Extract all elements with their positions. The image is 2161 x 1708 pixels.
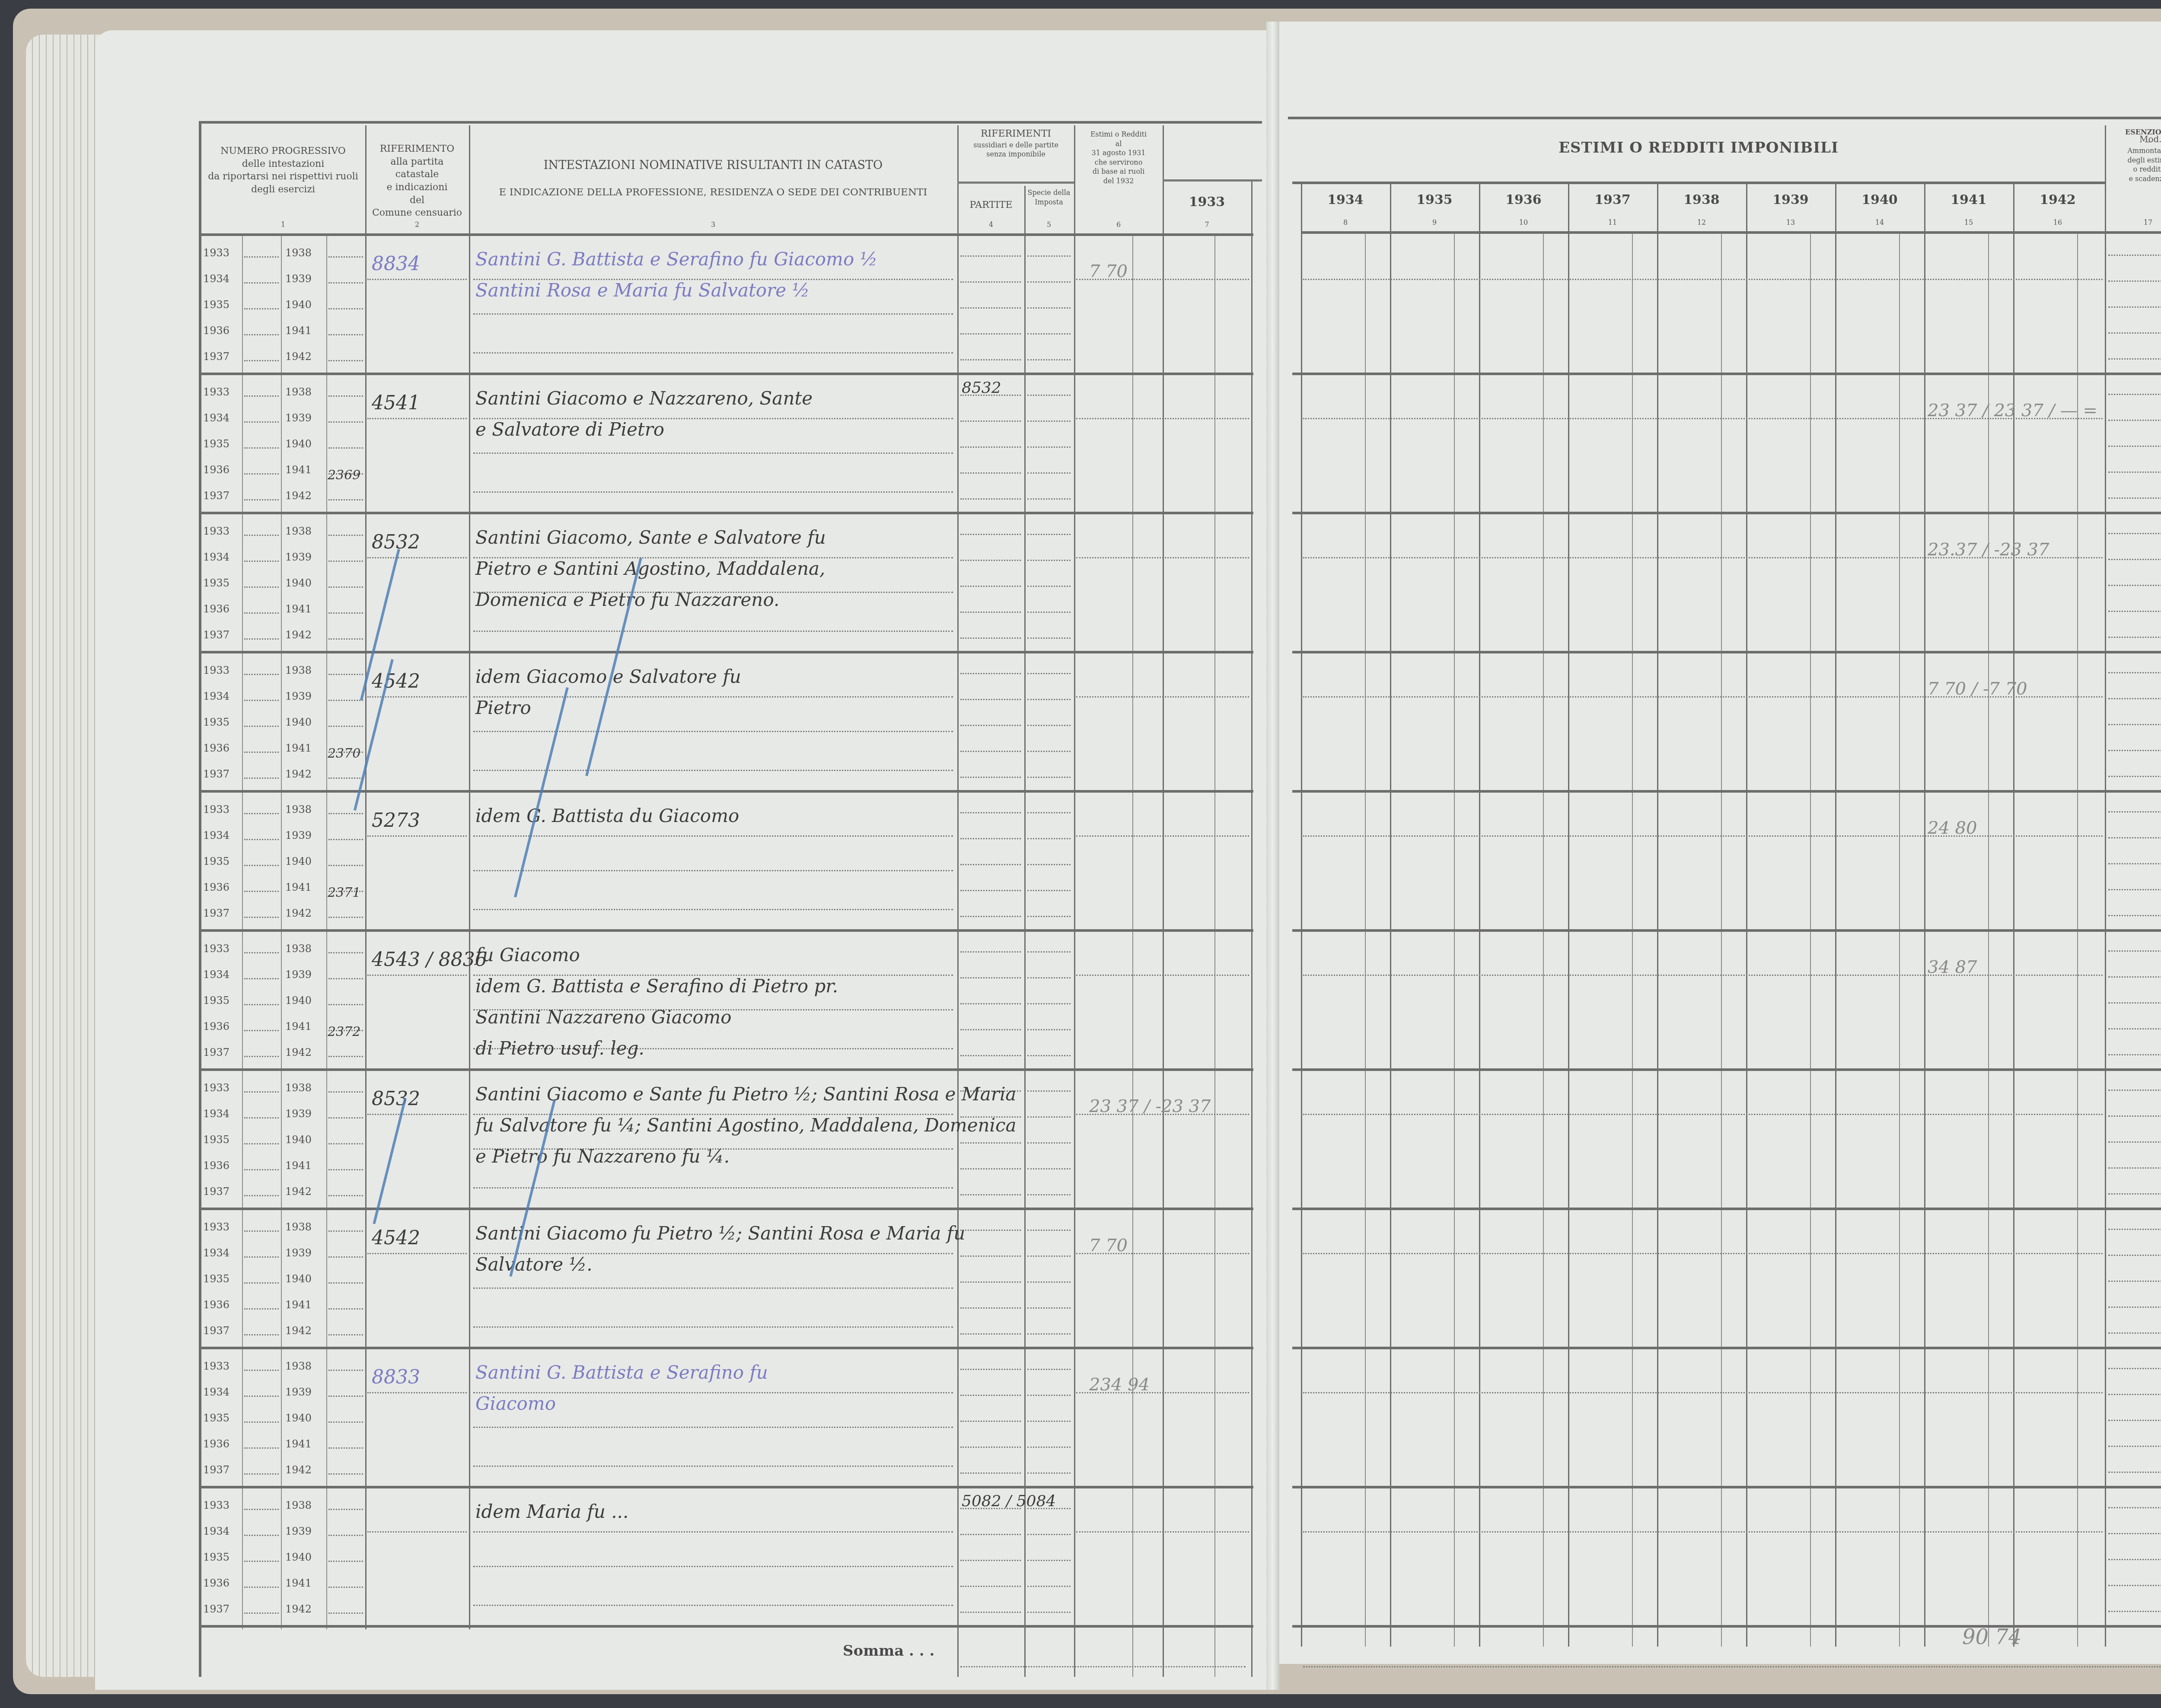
- specie-dotted-rule: [1027, 333, 1071, 335]
- year-header-1941: 1941: [1924, 192, 2013, 207]
- year-dotted-rule: [244, 1117, 279, 1118]
- specie-dotted-rule: [1027, 838, 1071, 839]
- year-dotted-rule: [328, 1561, 363, 1562]
- partite-dotted-rule: [960, 838, 1021, 839]
- year-dotted-rule: [244, 395, 279, 397]
- partite-dotted-rule: [960, 612, 1021, 613]
- row-year-a: 1933: [203, 1360, 229, 1372]
- col5-title: Specie della Imposta: [1025, 188, 1073, 207]
- row-block-border: [1292, 929, 2161, 932]
- year-dotted-rule: [244, 1421, 279, 1423]
- esenzioni-line: e scadenze: [2107, 174, 2161, 184]
- year-dotted-rule: [328, 917, 363, 918]
- row-year-a: 1933: [203, 1082, 229, 1094]
- estimo-dotted-rule: [1076, 696, 1249, 698]
- year-dotted-rule: [244, 360, 279, 361]
- row-year-b: 1942: [285, 1603, 312, 1615]
- year-col-number: 9: [1390, 218, 1479, 226]
- col-divider: [365, 125, 367, 1629]
- year-dotted-rule: [328, 282, 363, 284]
- col-subdivider: [1899, 233, 1900, 1647]
- year-dotted-rule: [328, 1421, 363, 1423]
- year-dotted-rule: [328, 1091, 363, 1093]
- year-dotted-rule: [328, 1256, 363, 1258]
- col-subdivider: [242, 236, 243, 1629]
- partita-number: 8834: [372, 253, 420, 275]
- specie-dotted-rule: [1027, 359, 1071, 360]
- col-subdivider: [1454, 233, 1455, 1647]
- header-subrule: [957, 182, 1074, 184]
- year-header-1940: 1940: [1835, 192, 1924, 207]
- partite-dotted-rule: [960, 1586, 1021, 1587]
- specie-dotted-rule: [1027, 725, 1071, 726]
- year-dotted-rule: [244, 1509, 279, 1510]
- row-year-a: 1936: [203, 325, 229, 337]
- row-year-a: 1935: [203, 994, 229, 1007]
- col7-year: 1933: [1165, 194, 1249, 210]
- partite-dotted-rule: [960, 864, 1021, 865]
- partita-number: 8532: [372, 1088, 420, 1110]
- name-line: Santini Giacomo, Sante e Salvatore fu: [475, 527, 826, 548]
- partita-dotted-rule: [367, 557, 467, 558]
- row-year-a: 1934: [203, 1108, 229, 1120]
- row-year-b: 1942: [285, 1185, 312, 1198]
- col6-title: Estimi o Redditi: [1075, 130, 1162, 139]
- col45-line: senza imponibile: [959, 150, 1073, 159]
- row-year-a: 1933: [203, 1499, 229, 1511]
- row-block-border: [199, 1068, 1253, 1071]
- year-dotted-rule: [328, 1308, 363, 1310]
- partita-number: 4541: [372, 392, 420, 414]
- partite-dotted-rule: [960, 498, 1021, 500]
- col5-number: 5: [1025, 220, 1073, 229]
- partite-dotted-rule: [960, 951, 1021, 953]
- partite-dotted-rule: [960, 1447, 1021, 1448]
- year-dotted-rule: [244, 256, 279, 258]
- col-divider: [1301, 184, 1302, 1647]
- col-subdivider: [1214, 236, 1215, 1677]
- year-dotted-rule: [328, 813, 363, 814]
- row-year-b: 1942: [285, 1046, 312, 1058]
- year-header-1936: 1936: [1479, 192, 1568, 207]
- esenzioni-dotted-rule: [2108, 1229, 2161, 1230]
- specie-dotted-rule: [1027, 699, 1071, 700]
- partite-dotted-rule: [960, 1055, 1021, 1056]
- specie-dotted-rule: [1027, 1194, 1071, 1195]
- name-line: Pietro: [475, 697, 531, 718]
- col1-note: 2371: [328, 885, 360, 900]
- specie-dotted-rule: [1027, 1003, 1071, 1004]
- esenzioni-dotted-rule: [2108, 1368, 2161, 1369]
- row-year-b: 1942: [285, 907, 312, 919]
- year-dotted-rule: [244, 1230, 279, 1232]
- col6-line: del 1932: [1075, 176, 1162, 186]
- year-dotted-rule: [328, 1587, 363, 1588]
- year-dotted-rule: [244, 1396, 279, 1397]
- specie-dotted-rule: [1027, 1029, 1071, 1030]
- year-dotted-rule: [244, 1256, 279, 1258]
- year-dotted-rule: [328, 700, 363, 701]
- partite-dotted-rule: [960, 472, 1021, 474]
- row-year-a: 1936: [203, 1020, 229, 1032]
- row-year-b: 1940: [285, 1134, 312, 1146]
- year-dotted-rule: [244, 535, 279, 536]
- somma-dotted-rule: [1303, 1666, 2161, 1667]
- col2-line: e indicazioni: [367, 181, 467, 194]
- esenzioni-dotted-rule: [2108, 1533, 2161, 1534]
- row-year-a: 1936: [203, 1577, 229, 1589]
- year-dotted-rule: [328, 1282, 363, 1284]
- year-dotted-rule: [328, 1004, 363, 1005]
- year-dotted-rule: [244, 308, 279, 309]
- col1-line: degli esercizi: [203, 183, 363, 196]
- esenzioni-dotted-rule: [2108, 1472, 2161, 1473]
- name-line: di Pietro usuf. leg.: [475, 1038, 644, 1059]
- esenzioni-dotted-rule: [2108, 559, 2161, 560]
- year-dotted-rule: [328, 1447, 363, 1449]
- partita-number: 4542: [372, 1227, 420, 1249]
- partite-dotted-rule: [960, 812, 1021, 813]
- row-year-b: 1940: [285, 1551, 312, 1563]
- specie-dotted-rule: [1027, 812, 1071, 813]
- specie-dotted-rule: [1027, 1447, 1071, 1448]
- partita-dotted-rule: [367, 1114, 467, 1115]
- partite-dotted-rule: [960, 751, 1021, 752]
- year-dotted-rule: [244, 1195, 279, 1196]
- partite-dotted-rule: [960, 1612, 1021, 1613]
- row-year-b: 1941: [285, 1020, 312, 1032]
- partite-dotted-rule: [960, 534, 1021, 535]
- name-dotted-rule: [473, 1187, 953, 1189]
- esenzioni-dotted-rule: [2108, 1420, 2161, 1421]
- col-divider: [469, 125, 470, 1629]
- partita-number: 8532: [372, 531, 420, 553]
- row-block-border: [199, 1625, 1253, 1628]
- row-block-border: [1292, 790, 2161, 793]
- year-dotted-rule: [244, 726, 279, 727]
- partite-dotted-rule: [960, 673, 1021, 674]
- year-dotted-rule: [244, 1587, 279, 1588]
- row-year-b: 1939: [285, 1108, 312, 1120]
- year-dotted-rule: [244, 813, 279, 814]
- row-year-a: 1937: [203, 1325, 229, 1337]
- specie-dotted-rule: [1027, 1534, 1071, 1535]
- year-dotted-rule: [244, 447, 279, 449]
- year-dotted-rule: [328, 360, 363, 361]
- year-dotted-rule: [244, 499, 279, 500]
- row-year-b: 1942: [285, 1464, 312, 1476]
- year-dotted-rule: [244, 1334, 279, 1335]
- row-year-a: 1936: [203, 742, 229, 754]
- col2-title: RIFERIMENTO: [367, 143, 467, 156]
- esenzioni-dotted-rule: [2108, 1281, 2161, 1282]
- row-year-b: 1941: [285, 742, 312, 754]
- row-year-a: 1937: [203, 1603, 229, 1615]
- col2-line: Comune censuario: [367, 207, 467, 220]
- row-year-a: 1934: [203, 969, 229, 981]
- specie-dotted-rule: [1027, 1421, 1071, 1422]
- esenzioni-dotted-rule: [2108, 950, 2161, 952]
- row-year-b: 1938: [285, 1221, 312, 1233]
- row-year-b: 1940: [285, 438, 312, 450]
- row-year-b: 1940: [285, 855, 312, 867]
- row-block-border: [199, 1347, 1253, 1349]
- name-line: Santini Giacomo fu Pietro ½; Santini Ros…: [475, 1223, 965, 1244]
- partite-dotted-rule: [960, 725, 1021, 726]
- row-year-b: 1940: [285, 1412, 312, 1424]
- name-line: Santini Rosa e Maria fu Salvatore ½: [475, 280, 810, 301]
- year-dotted-rule: [244, 752, 279, 753]
- table-left-border: [199, 121, 201, 1677]
- partite-dotted-rule: [960, 777, 1021, 778]
- specie-dotted-rule: [1027, 1369, 1071, 1370]
- name-dotted-rule: [473, 1287, 953, 1289]
- row-year-b: 1942: [285, 1325, 312, 1337]
- col-subdivider: [1365, 233, 1366, 1647]
- row-year-a: 1936: [203, 1438, 229, 1450]
- col-subdivider: [1132, 236, 1133, 1677]
- partite-reference: 8532: [962, 379, 1001, 397]
- partite-dotted-rule: [960, 699, 1021, 700]
- year-dotted-rule: [244, 917, 279, 918]
- row-year-b: 1939: [285, 1247, 312, 1259]
- row-year-b: 1938: [285, 1082, 312, 1094]
- row-year-b: 1941: [285, 1577, 312, 1589]
- header-bottom-border: [199, 233, 1253, 236]
- year-col-number: 11: [1568, 218, 1657, 226]
- row-year-b: 1941: [285, 881, 312, 893]
- row-block-border: [1292, 512, 2161, 514]
- row-block-border: [1292, 1208, 2161, 1210]
- row-year-b: 1939: [285, 273, 312, 285]
- esenzioni-dotted-rule: [2108, 358, 2161, 360]
- year-dotted-rule: [244, 1143, 279, 1144]
- name-dotted-rule: [473, 731, 953, 732]
- row-year-b: 1940: [285, 577, 312, 589]
- amount-1941: 34 87: [1928, 957, 1977, 977]
- row-year-a: 1934: [203, 412, 229, 424]
- row-year-b: 1939: [285, 690, 312, 702]
- col1-header: NUMERO PROGRESSIVO delle intestazioni da…: [203, 145, 363, 196]
- row-year-a: 1937: [203, 1046, 229, 1058]
- specie-dotted-rule: [1027, 864, 1071, 865]
- row-year-a: 1934: [203, 829, 229, 841]
- col-divider: [1746, 184, 1747, 1647]
- esenzioni-dotted-rule: [2108, 637, 2161, 638]
- year-dotted-rule: [328, 1056, 363, 1057]
- row-year-a: 1935: [203, 577, 229, 589]
- year-header-1938: 1938: [1657, 192, 1746, 207]
- header-bottom-border: [1301, 231, 2161, 234]
- partite-dotted-rule: [960, 421, 1021, 422]
- specie-dotted-rule: [1027, 1142, 1071, 1144]
- year-dotted-rule: [244, 865, 279, 866]
- col6-number: 6: [1075, 220, 1162, 229]
- year-dotted-rule: [244, 1091, 279, 1093]
- esenzioni-dotted-rule: [2108, 1585, 2161, 1586]
- specie-dotted-rule: [1027, 637, 1071, 639]
- row-year-b: 1939: [285, 412, 312, 424]
- somma-amount-1941: 90 74: [1962, 1625, 2021, 1649]
- amount-1941: 24 80: [1928, 818, 1977, 838]
- row-block-border: [199, 929, 1253, 932]
- partite-dotted-rule: [960, 281, 1021, 283]
- row-year-a: 1933: [203, 247, 229, 259]
- row-year-b: 1941: [285, 1299, 312, 1311]
- esenzioni-dotted-rule: [2108, 332, 2161, 334]
- year-dotted-rule: [328, 334, 363, 335]
- esenzioni-dotted-rule: [2108, 1306, 2161, 1308]
- header-subrule: [1292, 182, 2105, 184]
- name-line: idem Maria fu ...: [475, 1501, 628, 1522]
- col-subdivider: [1988, 233, 1989, 1647]
- row-year-b: 1941: [285, 603, 312, 615]
- col45-title: RIFERIMENTI: [959, 127, 1073, 140]
- estimo-dotted-rule: [1076, 418, 1249, 419]
- name-line: Santini Giacomo e Nazzareno, Sante: [475, 388, 813, 409]
- year-dotted-rule: [328, 1396, 363, 1397]
- header-subrule: [1163, 179, 1262, 182]
- partite-dotted-rule: [960, 637, 1021, 639]
- col45-line: sussidiari e delle partite: [959, 140, 1073, 150]
- row-year-a: 1935: [203, 1412, 229, 1424]
- col1-note: 2369: [328, 468, 360, 483]
- year-dotted-rule: [328, 612, 363, 614]
- year-dotted-rule: [244, 891, 279, 892]
- col-divider: [1479, 184, 1480, 1647]
- esenzioni-line: degli estimi: [2107, 156, 2161, 165]
- specie-dotted-rule: [1027, 1168, 1071, 1169]
- partita-dotted-rule: [367, 279, 467, 280]
- row-year-b: 1939: [285, 1386, 312, 1398]
- esenzioni-dotted-rule: [2108, 1332, 2161, 1334]
- partite-dotted-rule: [960, 1230, 1021, 1231]
- partita-dotted-rule: [367, 1531, 467, 1533]
- col-divider: [1074, 125, 1075, 1677]
- row-year-a: 1933: [203, 803, 229, 816]
- partite-dotted-rule: [960, 916, 1021, 917]
- row-block-border: [199, 651, 1253, 653]
- specie-dotted-rule: [1027, 1116, 1071, 1118]
- year-header-1942: 1942: [2013, 192, 2102, 207]
- row-year-a: 1935: [203, 438, 229, 450]
- year-header-1939: 1939: [1746, 192, 1835, 207]
- name-dotted-rule: [473, 1326, 953, 1328]
- name-dotted-rule: [473, 491, 953, 493]
- specie-dotted-rule: [1027, 1560, 1071, 1561]
- partite-dotted-rule: [960, 307, 1021, 309]
- specie-dotted-rule: [1027, 951, 1071, 953]
- col1-line: delle intestazioni: [203, 158, 363, 171]
- row-year-a: 1936: [203, 603, 229, 615]
- name-line: e Pietro fu Nazzareno fu ¼.: [475, 1146, 730, 1167]
- esenzioni-dotted-rule: [2108, 811, 2161, 813]
- esenzioni-dash: —: [2107, 137, 2161, 147]
- row-year-a: 1935: [203, 855, 229, 867]
- partite-dotted-rule: [960, 1560, 1021, 1561]
- col2-line: alla partita catastale: [367, 156, 467, 181]
- table-top-border: [199, 121, 1262, 124]
- year-dotted-rule: [328, 1612, 363, 1614]
- amount-dotted-rule: [1303, 1531, 2103, 1533]
- col6-header: Estimi o Redditi al 31 agosto 1931 che s…: [1075, 130, 1162, 186]
- year-dotted-rule: [328, 1169, 363, 1170]
- esenzioni-dotted-rule: [2108, 1141, 2161, 1143]
- name-line: idem G. Battista e Serafino di Pietro pr…: [475, 975, 838, 997]
- esenzioni-dotted-rule: [2108, 1507, 2161, 1508]
- row-year-a: 1934: [203, 1247, 229, 1259]
- specie-dotted-rule: [1027, 307, 1071, 309]
- specie-dotted-rule: [1027, 560, 1071, 561]
- esenzioni-dotted-rule: [2108, 1446, 2161, 1447]
- col1-line: da riportarsi nei rispettivi ruoli: [203, 170, 363, 183]
- year-header-1934: 1934: [1301, 192, 1390, 207]
- esenzioni-title: ESENZIONI: [2107, 127, 2161, 137]
- amount-dotted-rule: [1303, 1253, 2103, 1254]
- row-year-b: 1940: [285, 1273, 312, 1285]
- esenzioni-dotted-rule: [2108, 472, 2161, 473]
- year-dotted-rule: [244, 1169, 279, 1170]
- specie-dotted-rule: [1027, 673, 1071, 674]
- year-dotted-rule: [328, 978, 363, 979]
- partite-dotted-rule: [960, 1369, 1021, 1370]
- row-year-b: 1939: [285, 1525, 312, 1537]
- row-block-border: [1292, 1068, 2161, 1071]
- esenzioni-dotted-rule: [2108, 446, 2161, 447]
- name-dotted-rule: [473, 1566, 953, 1567]
- name-dotted-rule: [473, 909, 953, 910]
- specie-dotted-rule: [1027, 446, 1071, 448]
- row-year-a: 1934: [203, 551, 229, 563]
- table-top-border: [1288, 117, 2161, 119]
- estimo-dotted-rule: [1076, 557, 1249, 558]
- partite-dotted-rule: [960, 1333, 1021, 1335]
- estimo-1931: 234 94: [1089, 1375, 1150, 1395]
- year-dotted-rule: [328, 1535, 363, 1536]
- name-dotted-rule: [473, 1531, 953, 1533]
- year-dotted-rule: [328, 308, 363, 309]
- year-dotted-rule: [244, 1004, 279, 1005]
- row-year-a: 1937: [203, 1185, 229, 1198]
- col1-note: 2370: [328, 746, 360, 761]
- year-dotted-rule: [244, 1447, 279, 1449]
- row-year-b: 1938: [285, 664, 312, 676]
- year-dotted-rule: [328, 1230, 363, 1232]
- esenzioni-dotted-rule: [2108, 889, 2161, 890]
- year-dotted-rule: [244, 674, 279, 675]
- year-dotted-rule: [244, 561, 279, 562]
- esenzioni-dotted-rule: [2108, 394, 2161, 395]
- esenzioni-dotted-rule: [2108, 1028, 2161, 1029]
- name-line: Santini G. Battista e Serafino fu Giacom…: [475, 249, 877, 270]
- year-dotted-rule: [244, 1535, 279, 1536]
- row-year-a: 1937: [203, 490, 229, 502]
- row-year-a: 1935: [203, 299, 229, 311]
- year-dotted-rule: [244, 839, 279, 840]
- partita-number: 5273: [372, 809, 420, 832]
- name-line: Salvatore ½.: [475, 1254, 593, 1275]
- year-col-number: 14: [1835, 218, 1924, 226]
- estimo-dotted-rule: [1076, 835, 1249, 837]
- name-dotted-rule: [473, 452, 953, 454]
- year-dotted-rule: [328, 839, 363, 840]
- partite-dotted-rule: [960, 890, 1021, 891]
- year-dotted-rule: [328, 256, 363, 258]
- partite-dotted-rule: [960, 1003, 1021, 1004]
- specie-dotted-rule: [1027, 1230, 1071, 1231]
- col1-number: 1: [203, 220, 363, 229]
- row-year-b: 1942: [285, 629, 312, 641]
